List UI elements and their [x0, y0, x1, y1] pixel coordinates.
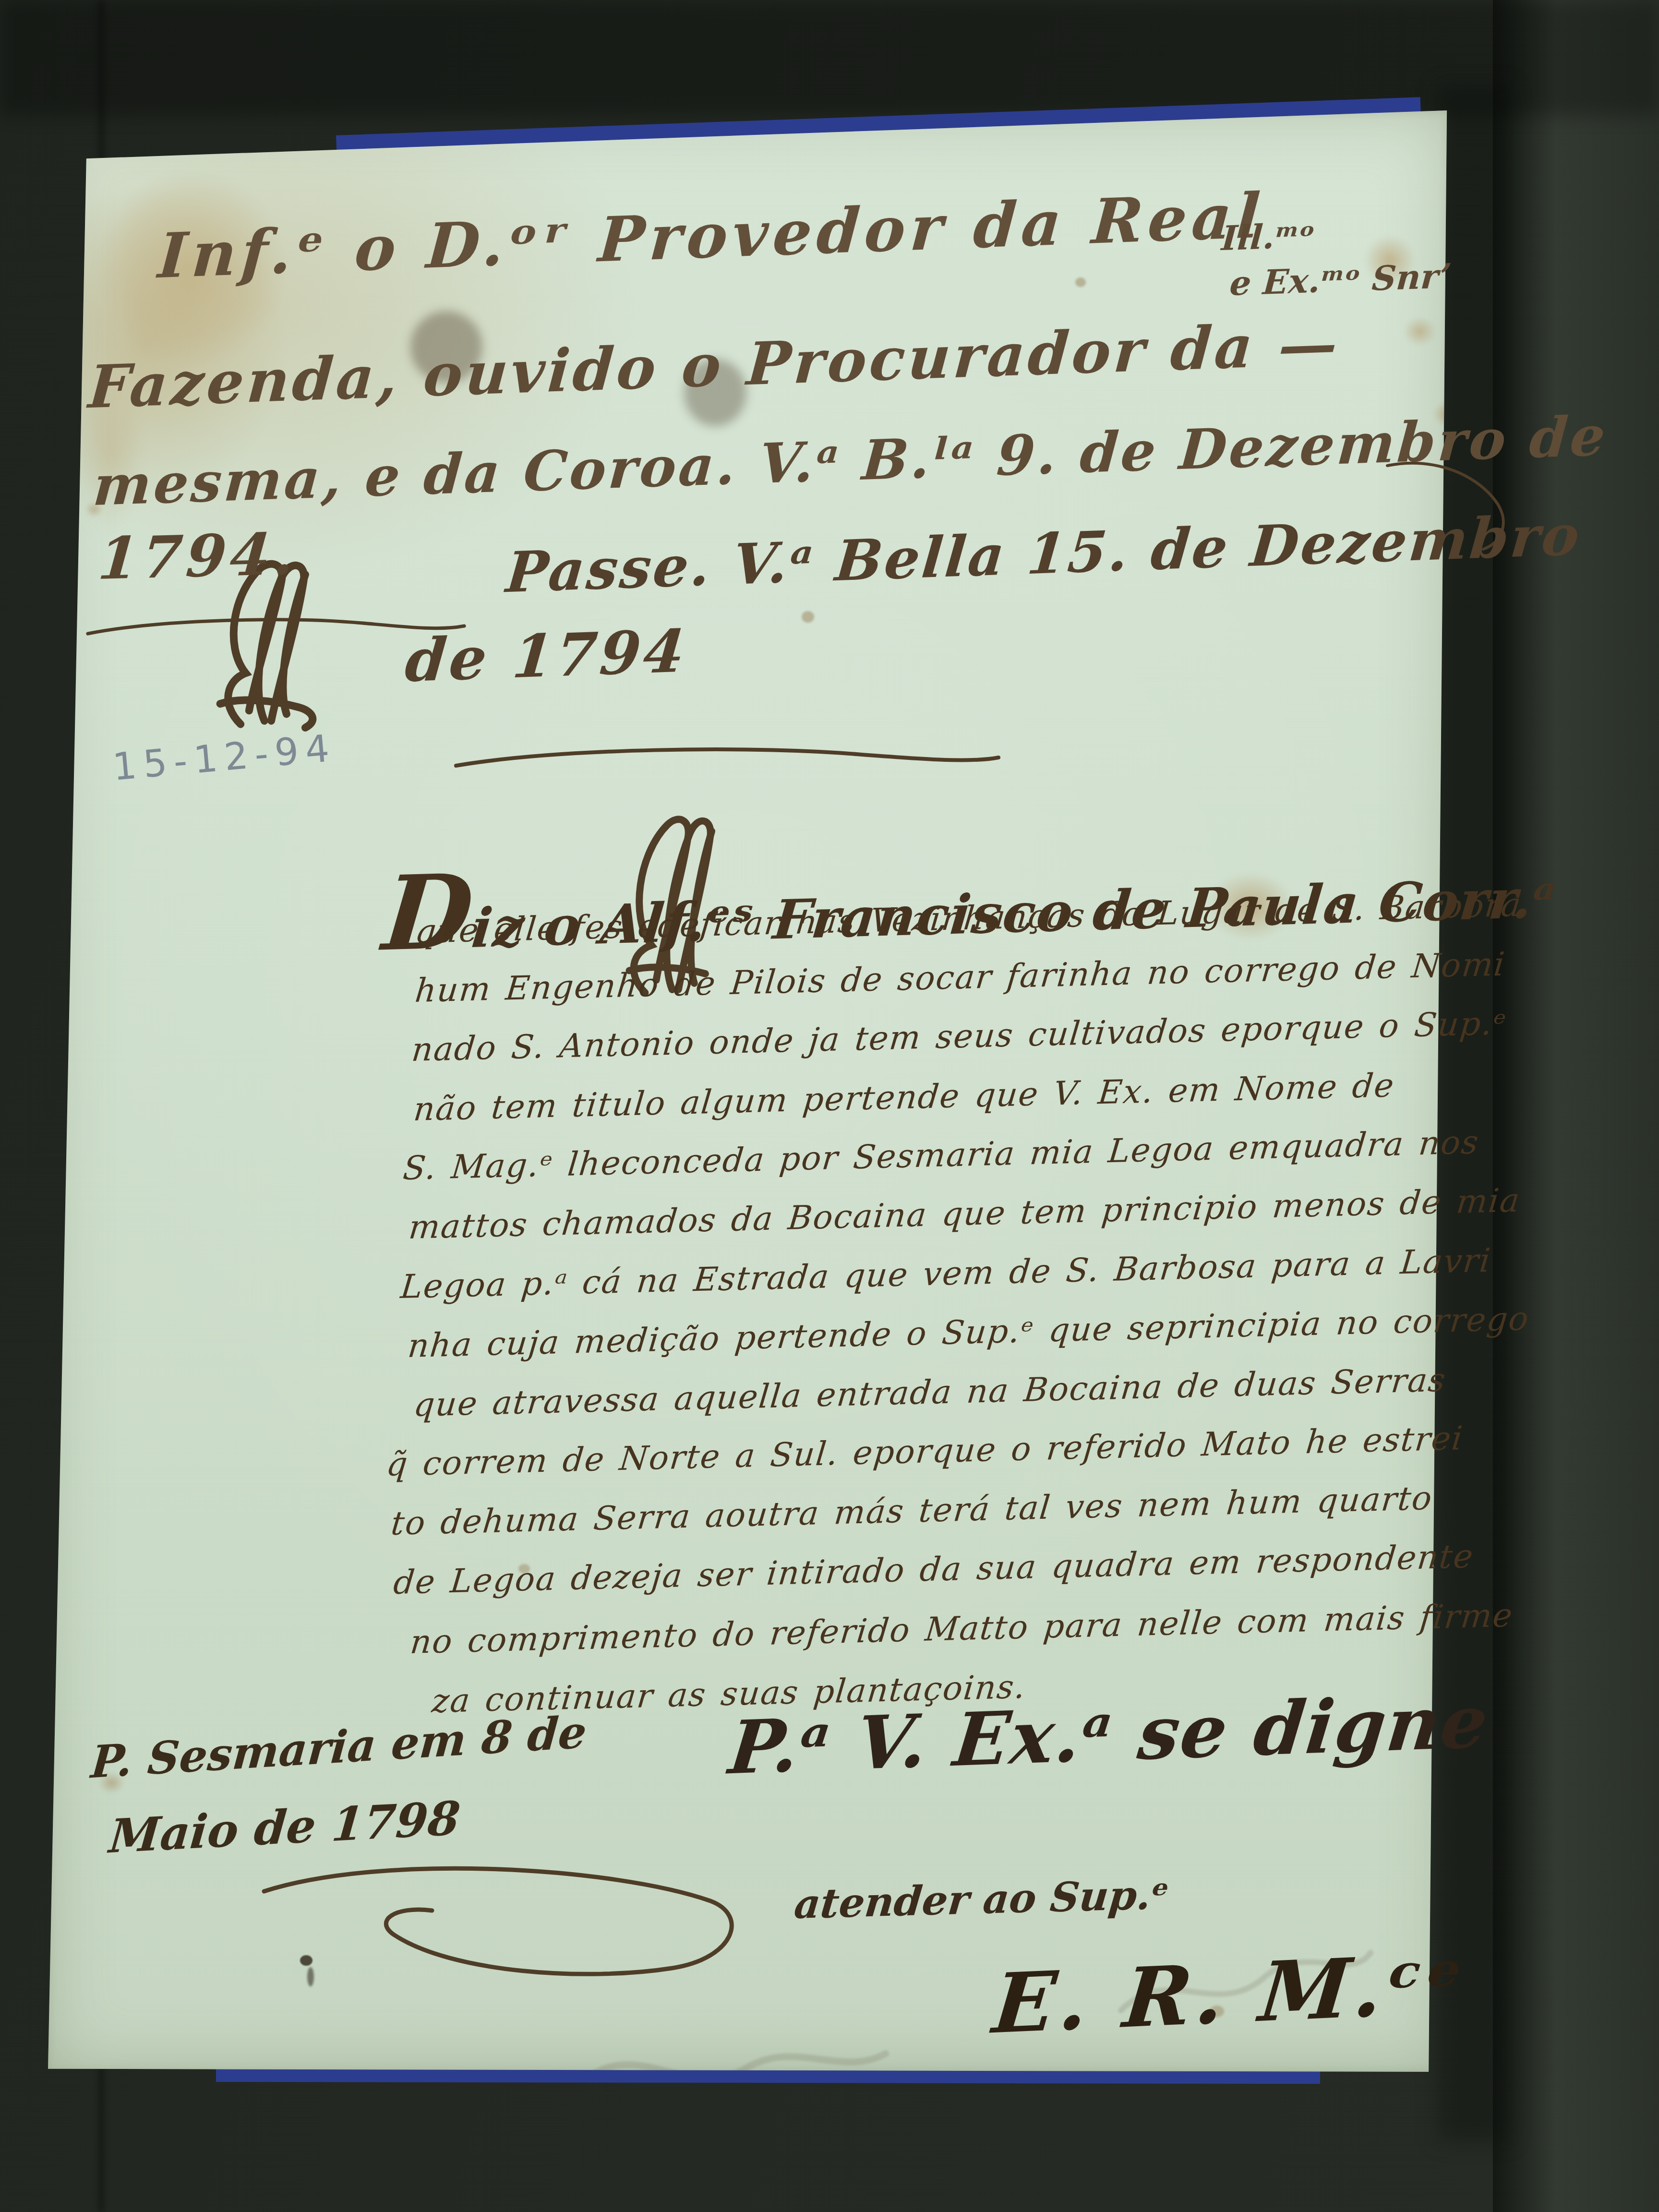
paper-edge-shadow: [1438, 86, 1510, 2141]
manuscript-photograph: Inf.ᵉ o D.ᵒʳ Provedor da Real Ill.ᵐᵒ e E…: [0, 0, 1659, 2212]
bleedthrough-ghost-writing: [382, 1895, 910, 2145]
addressee-invocation-line-1: Ill.ᵐᵒ: [1221, 218, 1316, 255]
addressee-invocation-line-2: e Ex.ᵐᵒ Snr’: [1229, 259, 1453, 301]
ink-blot: [300, 1955, 313, 1966]
dispatch-1794-year: 1794.: [96, 525, 300, 588]
courtesy-formula-erm: E. R. M.ᶜᵉ: [990, 1943, 1469, 2045]
foxing-spot: [1397, 311, 1443, 352]
passe-dispatch-line-2: de 1794: [403, 621, 690, 690]
petition-closing-line-2: atender ao Sup.ᵉ: [793, 1874, 1171, 1924]
background-cloth-fold: [1493, 0, 1659, 2212]
ink-blot: [307, 1967, 314, 1986]
foxing-spot: [802, 611, 814, 623]
foxing-spot: [1075, 277, 1086, 287]
